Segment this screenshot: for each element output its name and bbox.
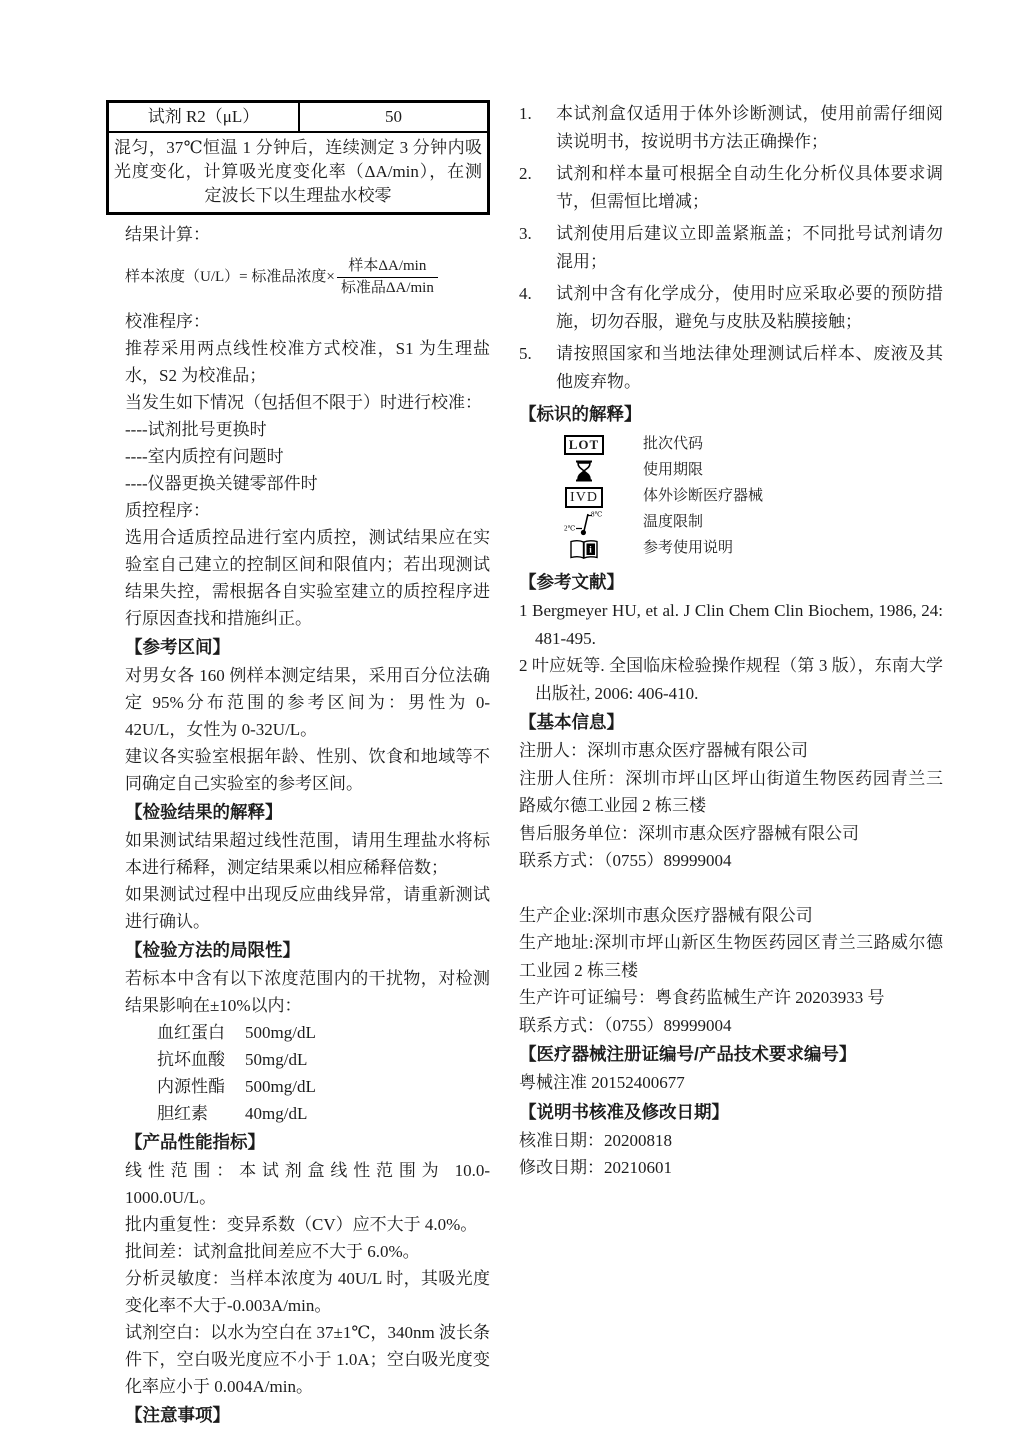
registrant-line: 注册人：深圳市惠众医疗器械有限公司 (519, 737, 943, 765)
precaution-item: 2. 试剂和样本量可根据全自动生化分析仪具体要求调节，但需恒比增减； (519, 160, 943, 215)
interferent-row: 血红蛋白 500mg/dL (125, 1019, 490, 1046)
temperature-limit-icon: 8℃ 2℃ (561, 509, 607, 537)
after-sales-line: 售后服务单位：深圳市惠众医疗器械有限公司 (519, 820, 943, 848)
interferent-value: 50mg/dL (245, 1046, 307, 1073)
symbol-label: 使用期限 (643, 457, 703, 485)
precaution-item: 4. 试剂中含有化学成分，使用时应采取必要的预防措施，切勿吞服，避免与皮肤及粘膜… (519, 280, 943, 335)
section-symbols: 【标识的解释】 (519, 400, 943, 428)
symbol-row-consult-instructions: i 参考使用说明 (519, 536, 943, 562)
interferent-name: 内源性酯 (157, 1073, 245, 1100)
interpretation-paragraph-1: 如果测试结果超过线性范围，请用生理盐水将标本进行稀释，测定结果乘以相应稀释倍数； (125, 827, 490, 881)
interferent-value: 500mg/dL (245, 1019, 316, 1046)
lot-icon: LOT (561, 435, 607, 455)
section-method-limitation: 【检验方法的局限性】 (125, 936, 490, 964)
precaution-text: 试剂中含有化学成分，使用时应采取必要的预防措施，切勿吞服，避免与皮肤及粘膜接触； (556, 280, 943, 335)
reference-interval-paragraph-2: 建议各实验室根据年龄、性别、饮食和地域等不同确定自己实验室的参考区间。 (125, 743, 490, 797)
qc-paragraph: 选用合适质控品进行室内质控，测试结果应在实验室自己建立的控制区间和限值内；若出现… (125, 524, 490, 632)
interferent-row: 抗坏血酸 50mg/dL (125, 1046, 490, 1073)
symbol-row-ivd: IVD 体外诊断医疗器械 (519, 484, 943, 510)
interferent-row: 内源性酯 500mg/dL (125, 1073, 490, 1100)
section-product-performance: 【产品性能指标】 (125, 1128, 490, 1156)
performance-reagent-blank: 试剂空白：以水为空白在 37±1℃，340nm 波长条件下，空白吸光度应不小于 … (125, 1319, 490, 1400)
section-approval-dates: 【说明书核准及修改日期】 (519, 1098, 943, 1126)
reference-1: 1 Bergmeyer HU, et al. J Clin Chem Clin … (519, 597, 943, 652)
interferent-value: 500mg/dL (245, 1073, 316, 1100)
spec-table-reagent-cell: 试剂 R2（μL） (109, 103, 300, 131)
precaution-number: 2. (519, 160, 556, 215)
approval-date-line: 核准日期：20200818 (519, 1127, 943, 1155)
symbol-row-temperature: 8℃ 2℃ 温度限制 (519, 510, 943, 536)
reagent-spec-table: 试剂 R2（μL） 50 混匀，37℃恒温 1 分钟后，连续测定 3 分钟内吸光… (106, 100, 490, 215)
section-result-interpretation: 【检验结果的解释】 (125, 798, 490, 826)
section-basic-info: 【基本信息】 (519, 708, 943, 736)
formula-numerator: 样本ΔA/min (337, 257, 438, 278)
symbol-label: 体外诊断医疗器械 (643, 483, 763, 511)
spec-table-procedure-cell: 混匀，37℃恒温 1 分钟后，连续测定 3 分钟内吸光度变化，计算吸光度变化率（… (109, 133, 487, 212)
production-license-line: 生产许可证编号：粤食药监械生产许 20203933 号 (519, 984, 943, 1012)
formula-fraction: 样本ΔA/min标准品ΔA/min (337, 257, 438, 298)
performance-sensitivity: 分析灵敏度：当样本浓度为 40U/L 时，其吸光度变化率不大于-0.003A/m… (125, 1265, 490, 1319)
right-column: 1. 本试剂盒仅适用于体外诊断测试，使用前需仔细阅读说明书，按说明书方法正确操作… (519, 100, 943, 1182)
performance-lot-difference: 批间差：试剂盒批间差应不大于 6.0%。 (125, 1238, 490, 1265)
reference-2: 2 叶应妩等. 全国临床检验操作规程（第 3 版），东南大学出版社, 2006:… (519, 652, 943, 707)
precaution-text: 请按照国家和当地法律处理测试后样本、废液及其他废弃物。 (556, 340, 943, 395)
qc-procedure-title: 质控程序： (125, 497, 490, 524)
registration-number-line: 粤械注准 20152400677 (519, 1069, 943, 1097)
section-reference-interval: 【参考区间】 (125, 633, 490, 661)
calibration-procedure-title: 校准程序： (125, 308, 490, 335)
calibration-bullet-2: ----室内质控有问题时 (125, 443, 490, 470)
symbol-label: 温度限制 (643, 509, 703, 537)
section-registration-number: 【医疗器械注册证编号/产品技术要求编号】 (519, 1040, 943, 1068)
symbol-label: 批次代码 (643, 431, 703, 459)
formula-denominator: 标准品ΔA/min (337, 278, 438, 298)
spec-table-header-row: 试剂 R2（μL） 50 (109, 103, 487, 133)
section-references: 【参考文献】 (519, 568, 943, 596)
consult-instructions-icon: i (561, 539, 607, 560)
calibration-bullet-1: ----试剂批号更换时 (125, 416, 490, 443)
instruction-manual-page: 试剂 R2（μL） 50 混匀，37℃恒温 1 分钟后，连续测定 3 分钟内吸光… (0, 0, 1024, 1448)
interferent-name: 血红蛋白 (157, 1019, 245, 1046)
concentration-formula: 样本浓度（U/L）= 标准品浓度×样本ΔA/min标准品ΔA/min (125, 257, 490, 298)
precaution-item: 3. 试剂使用后建议立即盖紧瓶盖；不同批号试剂请勿混用； (519, 220, 943, 275)
precaution-text: 试剂使用后建议立即盖紧瓶盖；不同批号试剂请勿混用； (556, 220, 943, 275)
left-column: 试剂 R2（μL） 50 混匀，37℃恒温 1 分钟后，连续测定 3 分钟内吸光… (106, 100, 490, 1430)
symbol-row-expiry: 使用期限 (519, 458, 943, 484)
svg-text:2℃: 2℃ (564, 525, 576, 533)
spec-table-volume-cell: 50 (300, 103, 487, 131)
limitation-paragraph: 若标本中含有以下浓度范围内的干扰物，对检测结果影响在±10%以内： (125, 965, 490, 1019)
symbol-label: 参考使用说明 (643, 535, 733, 563)
left-text-block: 结果计算： 样本浓度（U/L）= 标准品浓度×样本ΔA/min标准品ΔA/min… (125, 221, 490, 1429)
performance-linearity: 线性范围：本试剂盒线性范围为 10.0-1000.0U/L。 (125, 1157, 490, 1211)
symbols-block: LOT 批次代码 使用期限 IVD 体 (519, 432, 943, 562)
calibration-paragraph-2: 当发生如下情况（包括但不限于）时进行校准： (125, 389, 490, 416)
ivd-icon: IVD (561, 487, 607, 508)
calibration-bullet-3: ----仪器更换关键零部件时 (125, 470, 490, 497)
result-calc-label: 结果计算： (125, 221, 490, 248)
calibration-paragraph-1: 推荐采用两点线性校准方式校准，S1 为生理盐水，S2 为校准品； (125, 335, 490, 389)
precaution-number: 4. (519, 280, 556, 335)
precaution-item: 5. 请按照国家和当地法律处理测试后样本、废液及其他废弃物。 (519, 340, 943, 395)
interpretation-paragraph-2: 如果测试过程中出现反应曲线异常，请重新测试进行确认。 (125, 881, 490, 935)
interferent-name: 抗坏血酸 (157, 1046, 245, 1073)
formula-lhs: 样本浓度（U/L）= 标准品浓度× (125, 268, 335, 287)
interferent-value: 40mg/dL (245, 1100, 307, 1127)
precaution-text: 本试剂盒仅适用于体外诊断测试，使用前需仔细阅读说明书，按说明书方法正确操作； (556, 100, 943, 155)
interferent-name: 胆红素 (157, 1100, 245, 1127)
registrant-address-line: 注册人住所：深圳市坪山区坪山街道生物医药园青兰三路威尔德工业园 2 栋三楼 (519, 765, 943, 820)
revision-date-line: 修改日期：20210601 (519, 1154, 943, 1182)
reference-interval-paragraph-1: 对男女各 160 例样本测定结果，采用百分位法确定 95%分布范围的参考区间为：… (125, 662, 490, 743)
manufacturer-line: 生产企业:深圳市惠众医疗器械有限公司 (519, 902, 943, 930)
precaution-number: 3. (519, 220, 556, 275)
contact-line-2: 联系方式：（0755）89999004 (519, 1012, 943, 1040)
precaution-number: 5. (519, 340, 556, 395)
precaution-item: 1. 本试剂盒仅适用于体外诊断测试，使用前需仔细阅读说明书，按说明书方法正确操作… (519, 100, 943, 155)
symbol-row-lot: LOT 批次代码 (519, 432, 943, 458)
manufacture-address-line: 生产地址:深圳市坪山新区生物医药园区青兰三路威尔德工业园 2 栋三楼 (519, 929, 943, 984)
precaution-number: 1. (519, 100, 556, 155)
precaution-text: 试剂和样本量可根据全自动生化分析仪具体要求调节，但需恒比增减； (556, 160, 943, 215)
performance-repeatability: 批内重复性：变异系数（CV）应不大于 4.0%。 (125, 1211, 490, 1238)
section-precautions: 【注意事项】 (125, 1401, 490, 1429)
hourglass-icon (561, 460, 607, 482)
contact-line-1: 联系方式：（0755）89999004 (519, 847, 943, 875)
svg-text:8℃: 8℃ (591, 511, 603, 519)
interferent-row: 胆红素 40mg/dL (125, 1100, 490, 1127)
